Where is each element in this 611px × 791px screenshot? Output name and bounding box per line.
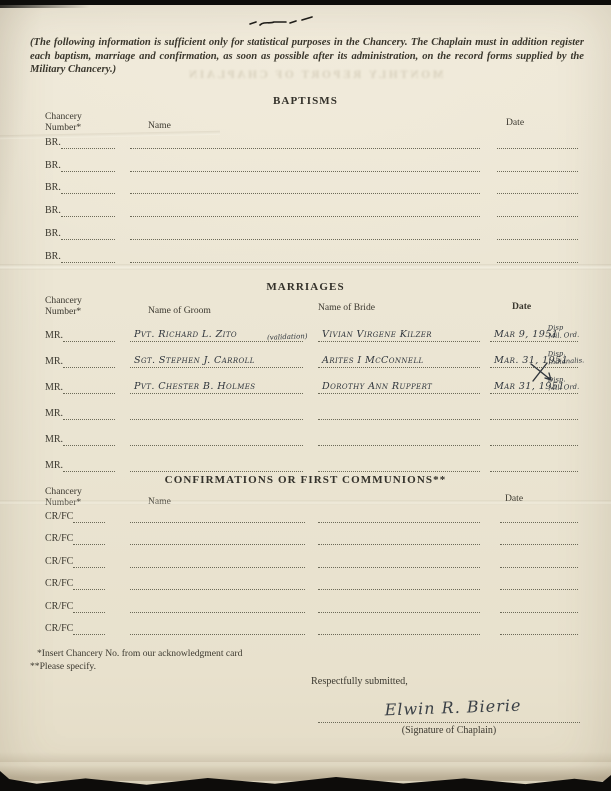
bride-name-line — [318, 420, 480, 446]
marriage-row-prefix: MR. — [45, 420, 115, 446]
confirmation-name-line-2 — [318, 545, 480, 568]
confirmation-name-line-2 — [318, 523, 480, 546]
scan-corner-bottom-left — [0, 771, 16, 785]
baptisms-section: BAPTISMS ChanceryNumber* Name Date BR. B… — [0, 95, 611, 275]
x-mark-annotation — [527, 360, 561, 386]
confirmations-section: CONFIRMATIONS OR FIRST COMMUNIONS** Chan… — [0, 474, 611, 644]
pen-scribble-mark — [246, 11, 318, 33]
confirmation-date-line — [500, 590, 578, 613]
confirmation-row: CR/FC — [45, 523, 578, 546]
baptism-name-line — [130, 172, 480, 195]
baptism-row: BR. — [45, 240, 578, 263]
confirmation-row: CR/FC — [45, 613, 578, 636]
groom-name-handwriting: Pvt. Richard L. Zito — [134, 329, 237, 340]
signature-label: (Signature of Chaplain) — [318, 725, 580, 736]
scan-edge-top — [0, 0, 611, 5]
marriage-row: MR. — [45, 446, 578, 472]
groom-name-line: Sgt. Stephen J. Carroll (validation) — [130, 342, 303, 368]
baptism-row: BR. — [45, 149, 578, 172]
confirmation-row: CR/FC — [45, 590, 578, 613]
dispensation-annotation: Disp Mil. Ord. — [548, 323, 599, 341]
bride-name-line: Arites I McConnell — [318, 342, 480, 368]
groom-name-handwriting: Pvt. Chester B. Holmes — [134, 381, 256, 392]
confirmations-title: CONFIRMATIONS OR FIRST COMMUNIONS** — [0, 474, 611, 486]
baptism-date-line — [497, 194, 578, 217]
confirmation-row: CR/FC — [45, 545, 578, 568]
confirmation-name-line-2 — [318, 613, 480, 636]
baptism-date-line — [497, 149, 578, 172]
dispensation-annotation — [548, 442, 598, 445]
confirmation-date-line — [500, 613, 578, 636]
baptism-name-line — [130, 217, 480, 240]
baptism-row: BR. — [45, 217, 578, 240]
confirmation-row-prefix: CR/FC — [45, 568, 105, 591]
baptism-row-prefix: BR. — [45, 149, 115, 172]
baptism-date-line — [497, 240, 578, 263]
confirmation-row-prefix: CR/FC — [45, 545, 105, 568]
confirmation-name-line-1 — [130, 568, 305, 591]
confirmation-name-line-1 — [130, 590, 305, 613]
marriage-rows: MR. Pvt. Richard L. Zito Vivian Virgene … — [45, 316, 578, 472]
groom-name-line: Pvt. Chester B. Holmes — [130, 368, 303, 394]
marriage-row-prefix: MR. — [45, 368, 115, 394]
marriage-row-prefix: MR. — [45, 446, 115, 472]
baptism-date-line — [497, 172, 578, 195]
marriage-date-line — [490, 420, 578, 446]
marriage-row: MR. Pvt. Richard L. Zito Vivian Virgene … — [45, 316, 578, 342]
confirmation-row: CR/FC — [45, 500, 578, 523]
baptism-row-prefix: BR. — [45, 217, 115, 240]
marriage-row-prefix: MR. — [45, 316, 115, 342]
confirmation-name-line-2 — [318, 568, 480, 591]
marriage-date-line: Mar 9, 1951 Disp Mil. Ord. — [490, 316, 578, 342]
baptism-date-line — [497, 126, 578, 149]
baptism-name-line — [130, 126, 480, 149]
marriages-title: MARRIAGES — [0, 281, 611, 293]
marriages-col-groom: Name of Groom — [148, 306, 211, 317]
marriage-row: MR. Sgt. Stephen J. Carroll (validation)… — [45, 342, 578, 368]
bottom-edge-shadow — [0, 765, 611, 781]
confirmation-name-line-1 — [130, 523, 305, 546]
confirmation-row-prefix: CR/FC — [45, 590, 105, 613]
confirmation-name-line-2 — [318, 500, 480, 523]
groom-name-line — [130, 420, 303, 446]
dispensation-annotation — [548, 468, 598, 471]
marriage-row: MR. — [45, 394, 578, 420]
marriages-col-date: Date — [512, 302, 531, 313]
baptism-date-line — [497, 217, 578, 240]
bride-name-line: Dorothy Ann Ruppert — [318, 368, 480, 394]
chaplain-signature: Elwin R. Bierie — [358, 695, 549, 721]
footnote-insert-chancery: *Insert Chancery No. from our acknowledg… — [37, 648, 242, 659]
bride-name-line — [318, 394, 480, 420]
marriage-row: MR. Pvt. Chester B. Holmes Dorothy Ann R… — [45, 368, 578, 394]
baptism-row-prefix: BR. — [45, 194, 115, 217]
dispensation-annotation — [548, 416, 598, 419]
statistical-purpose-note: (The following information is sufficient… — [30, 36, 584, 77]
confirmation-date-line — [500, 523, 578, 546]
baptism-name-line — [130, 240, 480, 263]
baptism-row: BR. — [45, 126, 578, 149]
bride-name-line — [318, 446, 480, 472]
confirmation-name-line-1 — [130, 500, 305, 523]
marriages-col-chancery: ChanceryNumber* — [45, 296, 82, 317]
scanned-chancery-report-form: { "intro_text": "(The following informat… — [0, 0, 611, 791]
baptisms-title: BAPTISMS — [0, 95, 611, 107]
baptism-row: BR. — [45, 172, 578, 195]
marriage-row-prefix: MR. — [45, 394, 115, 420]
paper-fold-crease — [0, 752, 611, 762]
confirmation-row: CR/FC — [45, 568, 578, 591]
confirmation-name-line-2 — [318, 590, 480, 613]
groom-name-handwriting: Sgt. Stephen J. Carroll — [134, 355, 255, 366]
confirmation-row-prefix: CR/FC — [45, 500, 105, 523]
baptism-row-prefix: BR. — [45, 172, 115, 195]
baptism-name-line — [130, 194, 480, 217]
respectfully-submitted-text: Respectfully submitted, — [311, 676, 408, 687]
confirmation-date-line — [500, 568, 578, 591]
footnote-please-specify: **Please specify. — [30, 661, 96, 672]
baptism-row: BR. — [45, 194, 578, 217]
marriage-date-line — [490, 394, 578, 420]
bride-name-handwriting: Vivian Virgene Kilzer — [322, 329, 432, 340]
marriage-date-line — [490, 446, 578, 472]
bride-name-handwriting: Dorothy Ann Ruppert — [322, 381, 432, 392]
marriages-col-bride: Name of Bride — [318, 303, 375, 314]
signature-line — [318, 722, 580, 723]
confirmation-name-line-1 — [130, 545, 305, 568]
bride-name-handwriting: Arites I McConnell — [322, 355, 424, 366]
bride-name-line: Vivian Virgene Kilzer — [318, 316, 480, 342]
baptism-row-prefix: BR. — [45, 240, 115, 263]
baptism-rows: BR. BR. BR. BR. BR. BR. — [45, 126, 578, 263]
groom-annotation: (validation) — [266, 332, 307, 341]
scan-corner-bottom-right — [599, 775, 611, 785]
baptism-row-prefix: BR. — [45, 126, 115, 149]
marriage-row-prefix: MR. — [45, 342, 115, 368]
baptism-name-line — [130, 149, 480, 172]
confirmation-date-line — [500, 545, 578, 568]
marriage-row: MR. — [45, 420, 578, 446]
confirmation-date-line — [500, 500, 578, 523]
groom-name-line — [130, 446, 303, 472]
confirmation-rows: CR/FC CR/FC CR/FC CR/FC CR/FC — [45, 500, 578, 635]
scanned-paper-page: MONTHLY REPORT OF CHAPLAIN (The followin… — [0, 0, 611, 791]
confirmation-row-prefix: CR/FC — [45, 613, 105, 636]
marriages-section: MARRIAGES ChanceryNumber* Name of Groom … — [0, 281, 611, 473]
confirmation-name-line-1 — [130, 613, 305, 636]
confirmation-row-prefix: CR/FC — [45, 523, 105, 546]
groom-name-line — [130, 394, 303, 420]
